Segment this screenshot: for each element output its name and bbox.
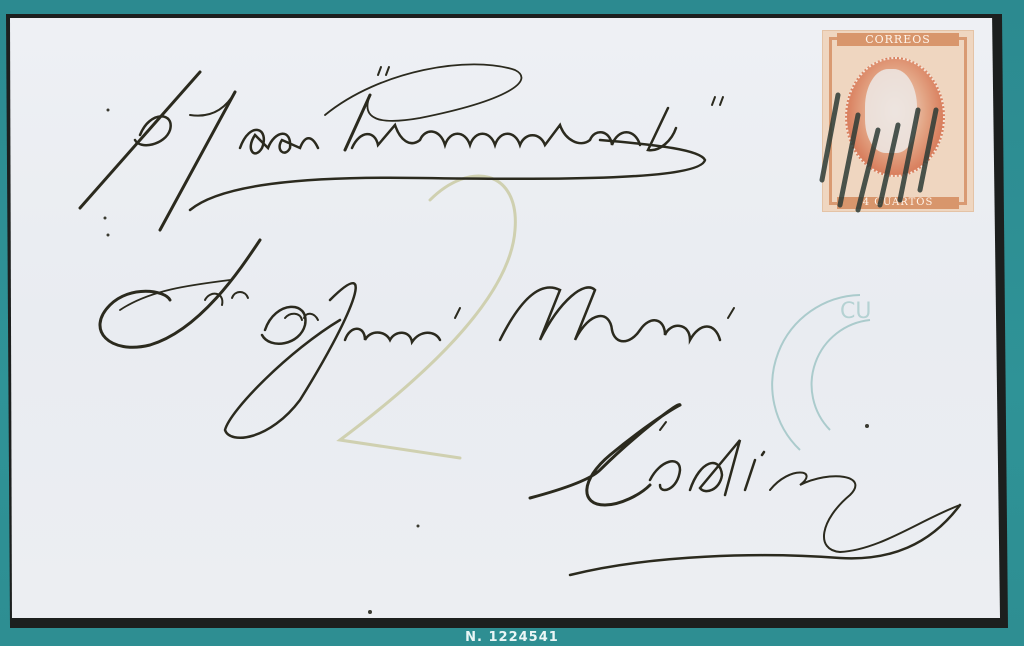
paper-specks — [104, 109, 870, 615]
handwriting-layer: CU — [0, 0, 1024, 646]
svg-text:CU: CU — [840, 299, 871, 324]
grid-cancel-icon — [822, 95, 936, 210]
postmark: CU — [772, 295, 871, 450]
handwriting-line-2 — [100, 240, 734, 438]
pencil-numeral-2 — [340, 176, 515, 458]
handwriting-line-1 — [80, 64, 723, 230]
handwriting-line-3 — [530, 405, 960, 575]
catalog-number-caption: N. 1224541 — [0, 630, 1024, 645]
